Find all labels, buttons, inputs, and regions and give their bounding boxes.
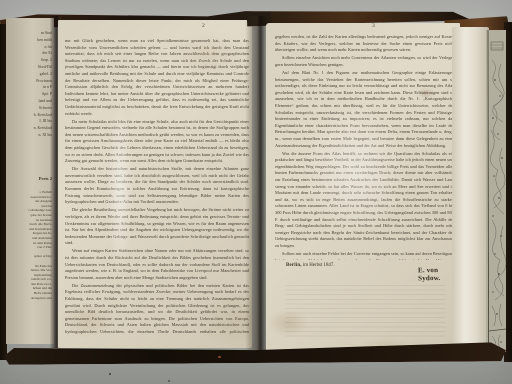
paragraph: Die Auswahl der historischen und naturhi… <box>65 166 249 206</box>
right-page-text: gegeben werden, ist die Zahl der Karten … <box>275 34 454 260</box>
dateline-city: Berlin, <box>286 263 302 268</box>
left-page: 2 nur mit Glück geschehen, wenn man zu v… <box>58 20 252 348</box>
map-engraving <box>486 30 506 352</box>
paragraph: Was die äussere Form des Atlas betrifft,… <box>275 151 454 250</box>
left-page-number: 2 <box>202 23 205 29</box>
speck <box>168 380 170 382</box>
prior-page-price-line: Preis 2 <box>6 176 52 182</box>
prior-page-fragments-bottom: t. Enthält neuen Karten u. der Ausgabe u… <box>6 190 52 300</box>
prior-page-edge: m Stud hen mößt n für der Er Sorp. 2 Nor… <box>6 18 54 344</box>
map-page-edge <box>486 30 506 352</box>
paragraph: nur mit Glück geschehen, wenn man zu vie… <box>65 38 249 117</box>
dateline-rest: im Herbst 1847. <box>302 263 335 268</box>
prior-page-fragments-top: m Stud hen mößt n für der Er Sorp. 2 Nor… <box>6 30 52 139</box>
paragraph: Die Zusammenziehung der physischen und p… <box>65 283 249 336</box>
paragraph: Wenn auf einigen Karten Städtezeichen oh… <box>65 248 249 281</box>
paragraph: Die gleiche Beurtheilung unzweifelhafter… <box>65 207 249 247</box>
book-photograph: m Stud hen mößt n für der Er Sorp. 2 Nor… <box>0 0 512 384</box>
left-page-text: nur mit Glück geschehen, wenn man zu vie… <box>65 38 249 336</box>
text-showthrough <box>285 285 445 337</box>
speck <box>218 356 221 358</box>
right-page-number: 3 <box>372 23 375 29</box>
paragraph: Sollten einzelne Ansichten noch mehr Con… <box>275 55 454 68</box>
paragraph: Da mein Schulatlas nicht blos für eine e… <box>65 119 249 165</box>
paragraph: Sollten mir auch einzelne Fehler bei der… <box>275 251 454 260</box>
speck <box>109 373 111 375</box>
right-page-curled-edge <box>452 27 489 351</box>
paragraph: Auf dem Blatt Nr. 1 den Figuren zur math… <box>275 70 454 149</box>
paragraph: gegeben werden, ist die Zahl der Karten … <box>275 34 454 54</box>
dateline: Berlin, im Herbst 1847. <box>286 263 335 268</box>
